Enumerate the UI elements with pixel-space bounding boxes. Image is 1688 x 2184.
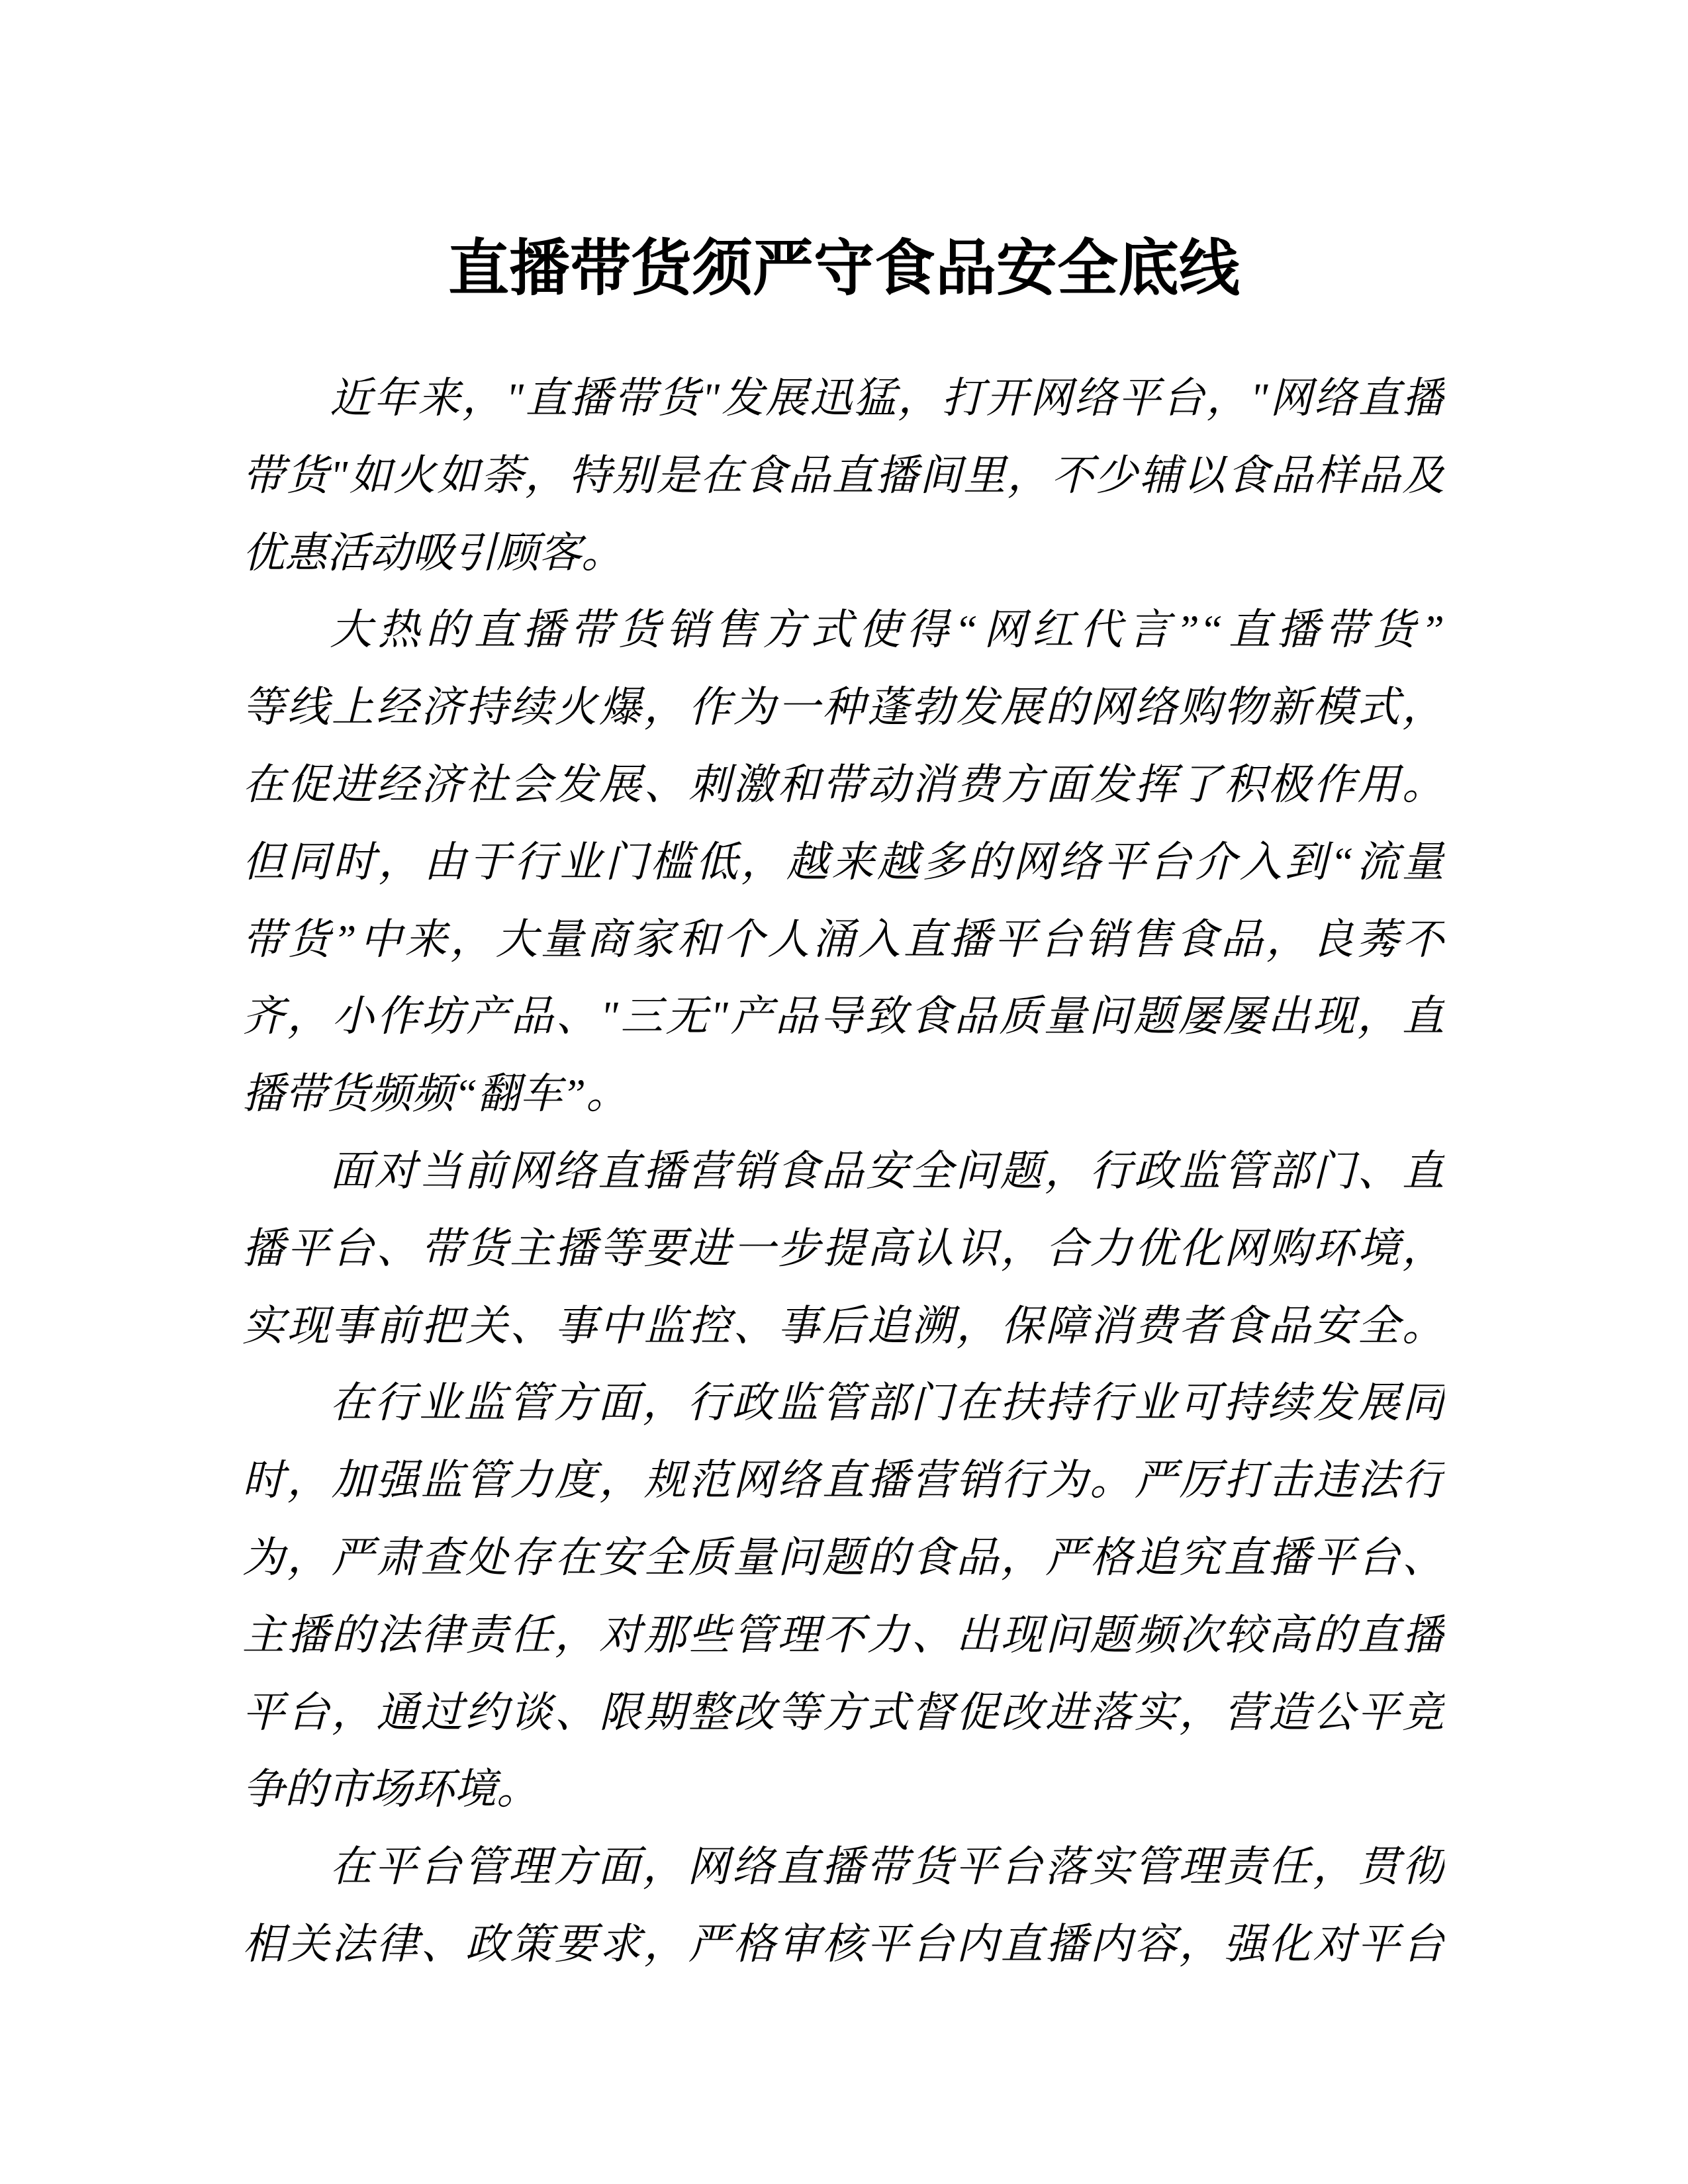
- text-line: 面对当前网络直播营销食品安全问题，行政监管部门、直: [242, 1133, 1444, 1210]
- text-line: 在促进经济社会发展、刺激和带动消费方面发挥了积极作用。: [242, 747, 1444, 824]
- text-line: 时，加强监管力度，规范网络直播营销行为。严厉打击违法行: [242, 1442, 1444, 1520]
- text-line: 大热的直播带货销售方式使得“网红代言”“直播带货”: [242, 592, 1444, 669]
- document-title: 直播带货须严守食品安全底线: [0, 229, 1688, 308]
- document-body: 近年来，"直播带货"发展迅猛，打开网络平台，"网络直播 带货"如火如荼，特别是在…: [242, 360, 1444, 1983]
- text-line: 近年来，"直播带货"发展迅猛，打开网络平台，"网络直播: [242, 360, 1444, 437]
- text-line: 相关法律、政策要求，严格审核平台内直播内容，强化对平台: [242, 1906, 1444, 1983]
- text-line: 播平台、带货主播等要进一步提高认识，合力优化网购环境，: [242, 1210, 1444, 1288]
- text-line: 实现事前把关、事中监控、事后追溯，保障消费者食品安全。: [242, 1288, 1444, 1365]
- text-line: 为，严肃查处存在安全质量问题的食品，严格追究直播平台、: [242, 1520, 1444, 1597]
- text-line: 等线上经济持续火爆，作为一种蓬勃发展的网络购物新模式，: [242, 669, 1444, 747]
- text-line: 带货”中来，大量商家和个人涌入直播平台销售食品，良莠不: [242, 901, 1444, 979]
- text-line: 带货"如火如荼，特别是在食品直播间里，不少辅以食品样品及: [242, 437, 1444, 515]
- text-line: 争的市场环境。: [242, 1751, 1444, 1829]
- text-line: 主播的法律责任，对那些管理不力、出现问题频次较高的直播: [242, 1597, 1444, 1674]
- text-line: 在平台管理方面，网络直播带货平台落实管理责任，贯彻: [242, 1829, 1444, 1906]
- text-line: 在行业监管方面，行政监管部门在扶持行业可持续发展同: [242, 1365, 1444, 1442]
- text-line: 优惠活动吸引顾客。: [242, 515, 1444, 592]
- text-line: 播带货频频“翻车”。: [242, 1056, 1444, 1133]
- text-line: 齐，小作坊产品、"三无"产品导致食品质量问题屡屡出现，直: [242, 978, 1444, 1056]
- text-line: 平台，通过约谈、限期整改等方式督促改进落实，营造公平竞: [242, 1674, 1444, 1752]
- document-page: 直播带货须严守食品安全底线 近年来，"直播带货"发展迅猛，打开网络平台，"网络直…: [0, 0, 1688, 2184]
- text-line: 但同时，由于行业门槛低，越来越多的网络平台介入到“流量: [242, 824, 1444, 901]
